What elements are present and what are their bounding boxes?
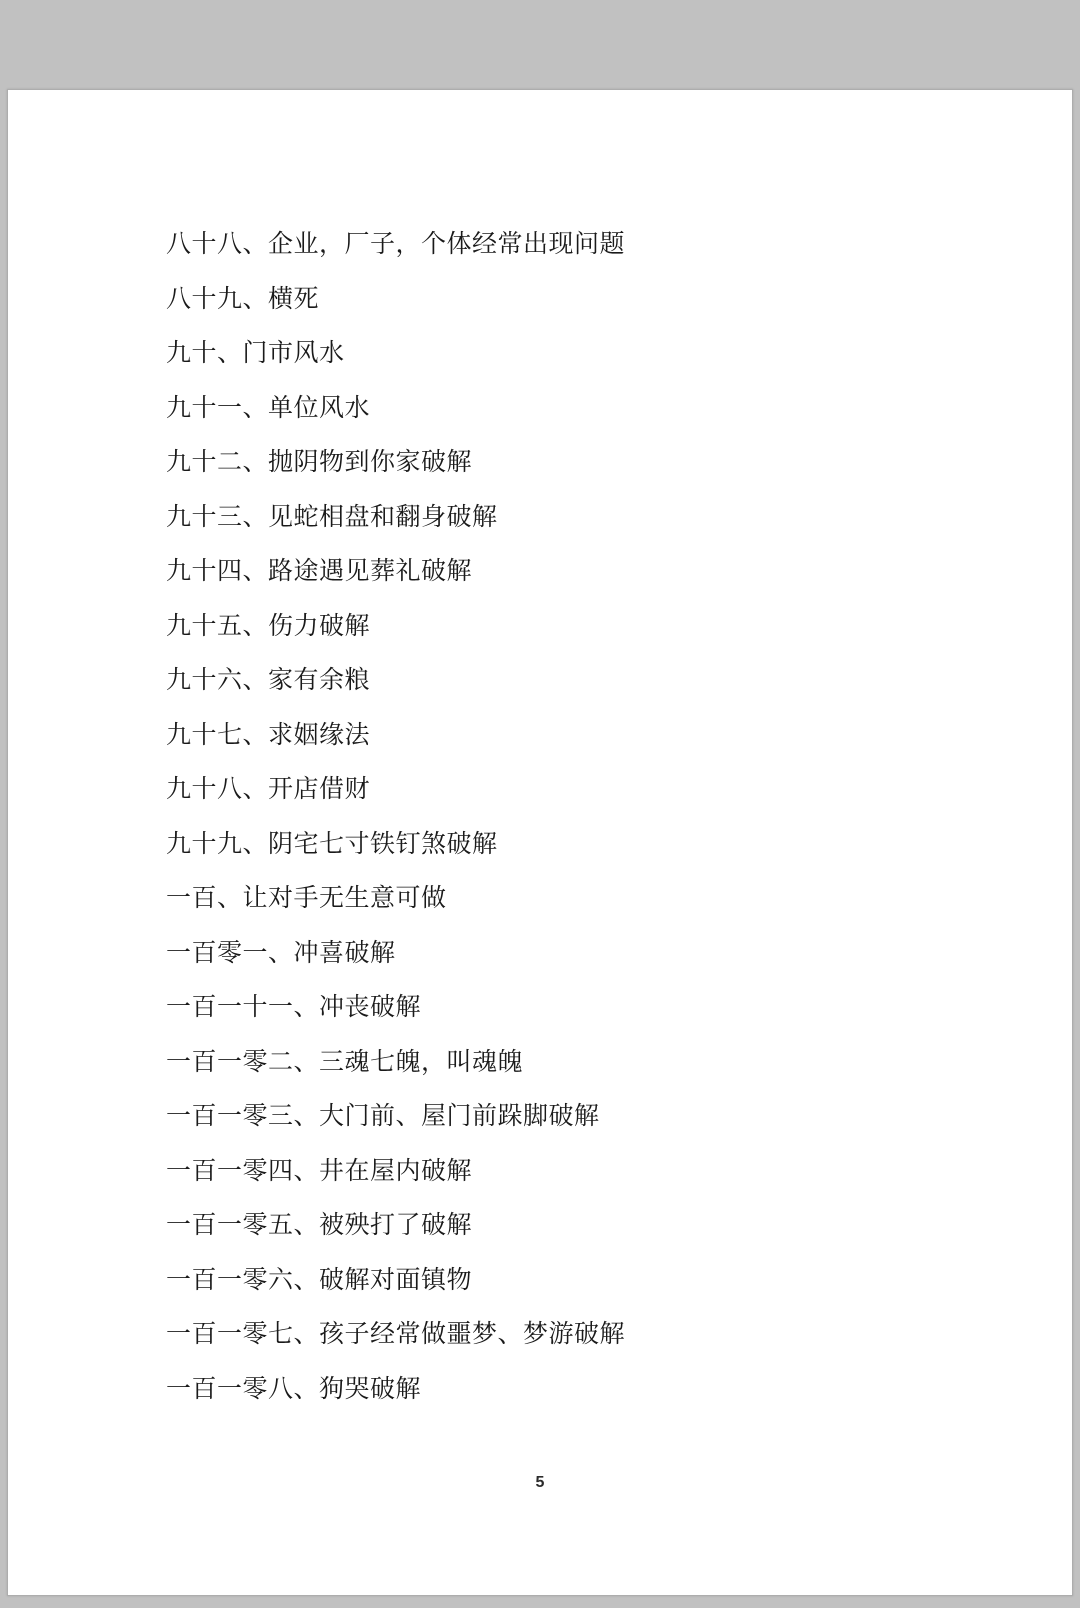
toc-list: 八十八、企业，厂子，个体经常出现问题八十九、横死九十、门市风水九十一、单位风水九…	[166, 218, 1032, 1417]
toc-item: 九十三、见蛇相盘和翻身破解	[166, 491, 1032, 546]
toc-item: 九十二、抛阴物到你家破解	[166, 436, 1032, 491]
page-number: 5	[8, 1473, 1072, 1493]
toc-item: 一百、让对手无生意可做	[166, 872, 1032, 927]
toc-item: 九十九、阴宅七寸铁钉煞破解	[166, 818, 1032, 873]
toc-item: 九十七、求姻缘法	[166, 709, 1032, 764]
document-viewer-background: 八十八、企业，厂子，个体经常出现问题八十九、横死九十、门市风水九十一、单位风水九…	[0, 0, 1080, 1608]
toc-item: 一百一零八、狗哭破解	[166, 1363, 1032, 1418]
toc-item: 九十六、家有余粮	[166, 654, 1032, 709]
toc-item: 八十八、企业，厂子，个体经常出现问题	[166, 218, 1032, 273]
toc-item: 九十五、伤力破解	[166, 600, 1032, 655]
toc-item: 九十四、路途遇见葬礼破解	[166, 545, 1032, 600]
toc-item: 一百一零六、破解对面镇物	[166, 1254, 1032, 1309]
toc-item: 一百一零四、井在屋内破解	[166, 1145, 1032, 1200]
toc-item: 一百一零五、被殃打了破解	[166, 1199, 1032, 1254]
toc-item: 一百一零二、三魂七魄，叫魂魄	[166, 1036, 1032, 1091]
toc-item: 八十九、横死	[166, 273, 1032, 328]
document-page: 八十八、企业，厂子，个体经常出现问题八十九、横死九十、门市风水九十一、单位风水九…	[7, 89, 1073, 1596]
toc-item: 一百一零七、孩子经常做噩梦、梦游破解	[166, 1308, 1032, 1363]
toc-item: 一百零一、冲喜破解	[166, 927, 1032, 982]
toc-item: 九十、门市风水	[166, 327, 1032, 382]
toc-item: 九十一、单位风水	[166, 382, 1032, 437]
toc-item: 一百一十一、冲丧破解	[166, 981, 1032, 1036]
toc-item: 一百一零三、大门前、屋门前跺脚破解	[166, 1090, 1032, 1145]
toc-item: 九十八、开店借财	[166, 763, 1032, 818]
